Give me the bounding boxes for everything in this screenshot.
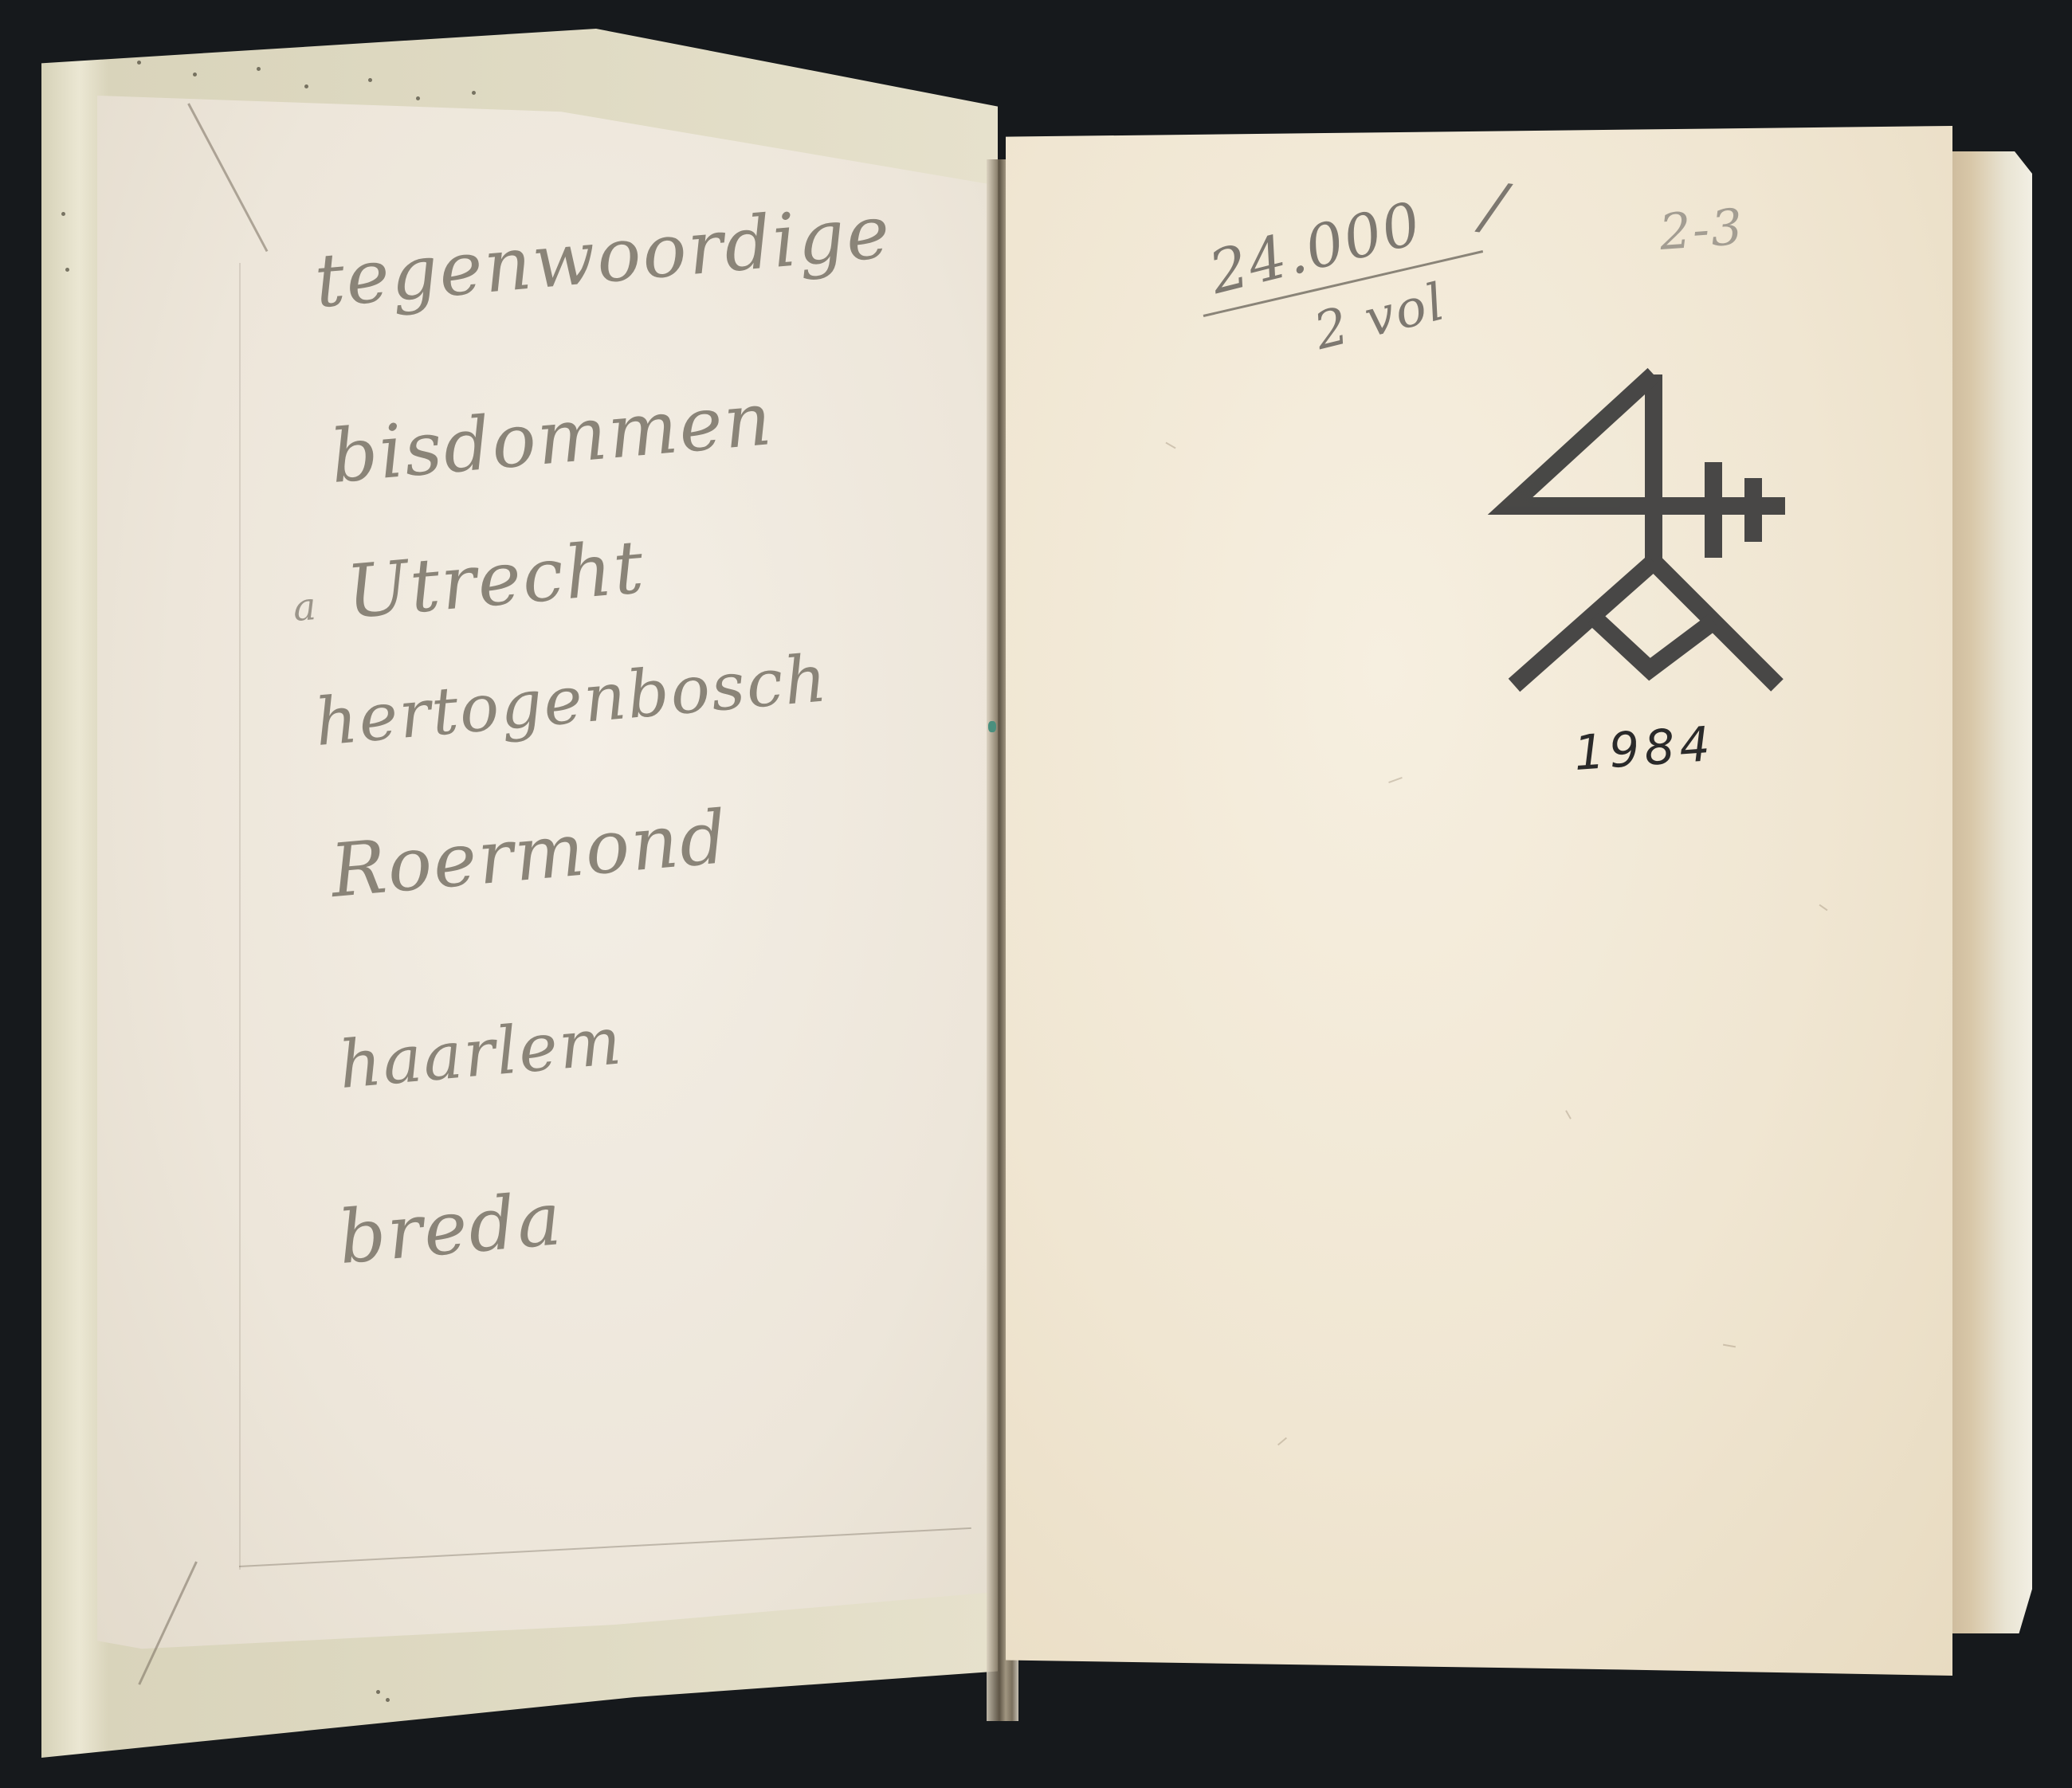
stamp-year: 1984 [1572, 716, 1717, 782]
turn-in-fold-vertical [239, 263, 241, 1570]
left-pastedown-paper [97, 96, 990, 1705]
book-photograph: tegenwoordige bisdommen a Utrecht hertog… [0, 0, 2072, 1788]
handwritten-prefix-mark: a [292, 584, 319, 630]
right-flyleaf-paper [1006, 126, 1952, 1676]
green-stain [988, 721, 996, 732]
corner-shelf-note: 2-3 [1658, 198, 1746, 261]
page-fore-edge [1944, 151, 2032, 1633]
owner-monogram-stamp-icon [1482, 359, 1801, 725]
